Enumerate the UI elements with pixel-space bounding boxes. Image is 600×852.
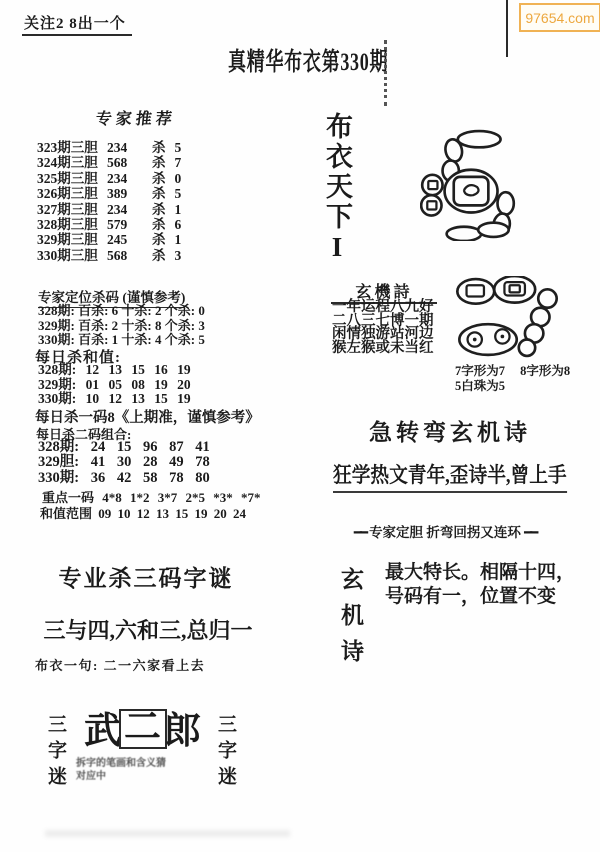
row-dan: 245 xyxy=(107,232,139,247)
row-kill-label: 杀 xyxy=(152,186,166,201)
row-issue: 324期三胆 xyxy=(37,155,107,170)
row-dan: 579 xyxy=(107,217,139,232)
table-row: 325期三胆 234 杀 0 xyxy=(37,171,181,186)
row-dan: 234 xyxy=(107,171,139,186)
drawing-caption-line2: 5白珠为5 xyxy=(455,376,505,394)
row-kill-label: 杀 xyxy=(152,217,166,232)
footer-text: 专家定胆 折弯回拐又连环 xyxy=(369,525,521,540)
riddle-line: 三与四,六和三,总归一 xyxy=(26,614,270,645)
answer-char-3: 郎 xyxy=(164,711,202,752)
scanned-lottery-chart-page: 关注2 8出一个 97654.com 真精华布衣第330期 专家推荐 323期三… xyxy=(0,0,600,852)
row-kill-label: 杀 xyxy=(152,155,166,170)
stone-coin-drawing-large xyxy=(420,127,517,241)
row-issue: 326期三胆 xyxy=(37,186,107,201)
note-line-2: 对应中 xyxy=(76,770,166,783)
bottom-line-1: 最大特长。相隔十四， xyxy=(385,557,575,584)
buyi-tianxia-label: 布衣天下I xyxy=(318,112,357,265)
row-dan: 568 xyxy=(107,155,139,170)
xuanji-poem-lines: 一年运程八九好 二八三七博一期 闲情独游站河边 猴左猴或未当红 xyxy=(332,301,434,355)
table-row: 329期三胆 245 杀 1 xyxy=(37,232,181,247)
sharp-turn-header: 急转弯玄机诗 xyxy=(338,414,562,447)
buyi-sentence: 布衣一句: 二一六家看上去 xyxy=(35,655,205,674)
stone-coin-drawing-small xyxy=(453,276,561,360)
sharp-turn-footer: ━━专家定胆 折弯回拐又连环━━ xyxy=(334,521,556,541)
bottom-xuanji-label: 玄机诗 xyxy=(334,567,367,675)
row-kill-value: 0 xyxy=(175,171,182,186)
footer-deco-left: ━━ xyxy=(354,525,366,540)
three-char-answer: 武二郎 xyxy=(84,700,202,754)
row-issue: 330期三胆 xyxy=(37,248,107,263)
page-title: 真精华布衣第330期 xyxy=(228,42,388,78)
row-dan: 568 xyxy=(107,248,139,263)
table-row: 326期三胆 389 杀 5 xyxy=(37,186,181,201)
top-left-note: 关注2 8出一个 xyxy=(22,12,132,36)
row-issue: 329期三胆 xyxy=(37,232,107,247)
row-kill-label: 杀 xyxy=(152,232,166,247)
three-char-label-left: 三字迷 xyxy=(42,714,69,792)
table-row: 327期三胆 234 杀 1 xyxy=(37,202,181,217)
row-issue: 328期三胆 xyxy=(37,217,107,232)
row-kill-value: 3 xyxy=(175,248,182,263)
two-code-rows: 328期: 24 15 96 87 41 329胆: 41 30 28 49 7… xyxy=(38,440,210,486)
row-issue: 325期三胆 xyxy=(37,171,107,186)
answer-char-1: 武 xyxy=(84,711,122,752)
sum-range-line: 和值范围 09 10 12 13 15 19 20 24 xyxy=(40,503,246,522)
row-kill-label: 杀 xyxy=(152,248,166,263)
footer-deco-right: ━━ xyxy=(524,525,536,540)
row-kill-label: 杀 xyxy=(152,171,166,186)
daily-kill-sum-rows: 328期: 12 13 15 16 19 329期: 01 05 08 19 2… xyxy=(38,363,191,407)
row-issue: 323期三胆 xyxy=(37,140,107,155)
sharp-turn-line: 狂学热文青年,歪诗半,曾上手 xyxy=(333,459,567,493)
row-kill-value: 1 xyxy=(175,202,182,217)
row-kill-value: 5 xyxy=(175,140,182,155)
three-char-note: 拆字的笔画和含义猜 对应中 xyxy=(76,757,166,783)
note-line-1: 拆字的笔画和含义猜 xyxy=(76,757,166,770)
row-issue: 327期三胆 xyxy=(37,202,107,217)
title-dotted-divider xyxy=(384,40,387,106)
watermark-badge: 97654.com xyxy=(519,3,600,32)
row-kill-label: 杀 xyxy=(152,202,166,217)
row-dan: 234 xyxy=(107,202,139,217)
riddle-header: 专业杀三码字谜 xyxy=(30,560,262,593)
row-kill-value: 7 xyxy=(175,155,182,170)
expert-rec-table: 323期三胆 234 杀 5 324期三胆 568 杀 7 325期三胆 234… xyxy=(37,140,181,263)
table-row: 324期三胆 568 杀 7 xyxy=(37,155,181,170)
three-char-label-right: 三字迷 xyxy=(212,714,239,792)
table-row: 328期三胆 579 杀 6 xyxy=(37,217,181,232)
answer-char-2-boxed: 二 xyxy=(119,709,167,749)
row-kill-value: 5 xyxy=(175,186,182,201)
table-row: 330期三胆 568 杀 3 xyxy=(37,248,181,263)
bottom-line-2: 号码有一，位置不变 xyxy=(385,581,556,608)
row-dan: 389 xyxy=(107,186,139,201)
scan-vertical-line xyxy=(506,0,508,57)
watermark-text: 97654.com xyxy=(525,10,594,26)
row-dan: 234 xyxy=(107,140,139,155)
row-kill-value: 6 xyxy=(175,217,182,232)
kill-position-rows: 328期: 百杀: 6 十杀: 2 个杀: 0 329期: 百杀: 2 十杀: … xyxy=(38,304,205,348)
expert-rec-header: 专家推荐 xyxy=(87,106,185,129)
row-kill-label: 杀 xyxy=(152,140,166,155)
row-kill-value: 1 xyxy=(175,232,182,247)
scan-artifact xyxy=(45,830,290,837)
table-row: 323期三胆 234 杀 5 xyxy=(37,140,181,155)
